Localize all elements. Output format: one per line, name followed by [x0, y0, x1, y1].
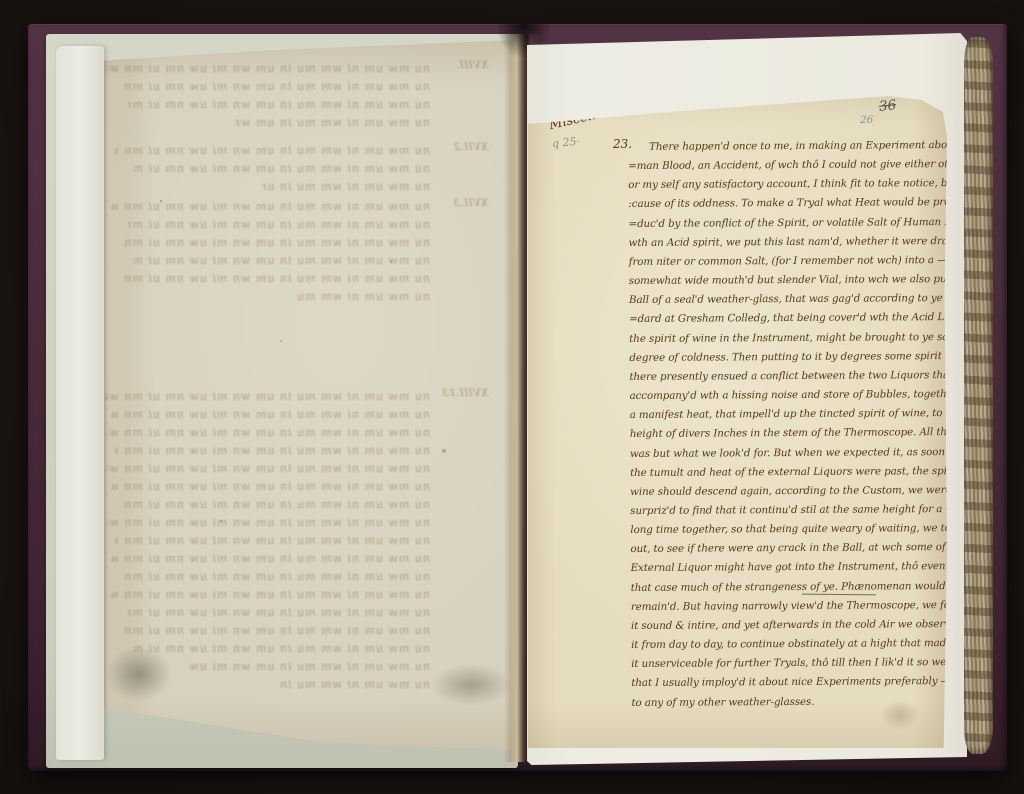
show-through-line: nu mw um ni wm mu in um wn mi uw nm ui m… — [124, 270, 430, 288]
show-through-line: nu mw um ni wm mu in um wn mi uw nm ui m… — [279, 676, 430, 694]
manuscript-line: surpriz'd to find that it continu'd stil… — [630, 500, 952, 521]
show-through-line: nu mw um ni wm mu in um wn mi uw nm ui m… — [118, 622, 430, 640]
manuscript-line: =duc'd by the conflict of the Spirit, or… — [628, 213, 950, 234]
show-through-section: XVIII.nu mw um ni wm mu in um wn mi uw n… — [94, 60, 488, 132]
folio-number-crossed-out: 36 — [878, 98, 897, 114]
manuscript-line: External Liquor might have got into the … — [631, 557, 953, 578]
manuscript-line: that I usually imploy'd it about nice Ex… — [631, 672, 953, 693]
show-through-line: nu mw um ni wm mu in um wn mi uw nm ui m… — [107, 60, 430, 78]
manuscript-line: the tumult and heat of the external Liqu… — [630, 462, 952, 483]
manuscript-leaf: Miscell q 25· 26 36 23. There happen'd o… — [528, 96, 947, 748]
manuscript-line: accompany'd wth a hissing noise and stor… — [630, 385, 952, 406]
show-through-line: nu mw um ni wm mu in um wn mi uw nm ui m… — [134, 640, 430, 658]
show-through-line: nu mw um ni wm mu in um wn mi uw nm ui m… — [134, 252, 430, 270]
manuscript-line: was but what we look'd for. But when we … — [630, 443, 952, 464]
manuscript-line: degree of coldness. Then putting to it b… — [629, 347, 951, 368]
show-through-line: nu mw um ni wm mu in um wn mi uw nm ui m… — [296, 288, 430, 306]
photo-of-open-manuscript-volume: XVIII.nu mw um ni wm mu in um wn mi uw n… — [0, 0, 1024, 794]
manuscript-line: :cause of its oddness. To make a Tryal w… — [628, 194, 950, 215]
show-through-line: nu mw um ni wm mu in um wn mi uw nm ui m… — [128, 604, 430, 622]
show-through-line: nu mw um ni wm mu in um wn mi uw nm ui m… — [111, 198, 430, 216]
manuscript-line: =dard at Gresham Colledg, that being cov… — [629, 308, 951, 329]
show-through-line: nu mw um ni wm mu in um wn mi uw nm ui m… — [128, 216, 430, 234]
manuscript-line: There happen'd once to me, in making an … — [628, 136, 950, 157]
show-through-line: nu mw um ni wm mu in um wn mi uw nm ui m… — [114, 532, 430, 550]
show-through-line: nu mw um ni wm mu in um wn mi uw nm ui m… — [114, 442, 430, 460]
manuscript-line: it from day to day, to continue obstinat… — [631, 634, 953, 655]
manuscript-line: wth an Acid spirit, we put this last nam… — [629, 232, 951, 253]
foxing-specks — [160, 200, 162, 202]
folio-number-pencil: 26 — [860, 115, 873, 126]
show-through-line: nu mw um ni wm mu in um wn mi uw nm ui m… — [111, 406, 430, 424]
show-through-line: nu mw um ni wm mu in um wn mi uw nm ui m… — [107, 514, 430, 532]
show-through-line: nu mw um ni wm mu in um wn mi uw nm ui m… — [188, 658, 430, 676]
show-through-section-marker: XVII.2 — [453, 142, 488, 154]
manuscript-line: long time together, so that being quite … — [630, 519, 952, 540]
manuscript-line: or my self any satisfactory account, I t… — [628, 174, 950, 195]
show-through-section-marker: XVII.3 — [453, 198, 488, 210]
manuscript-line: wine should descend again, according to … — [630, 481, 952, 502]
manuscript-line: it sound & intire, and yet afterwards in… — [631, 615, 953, 636]
page-block-fore-edge — [964, 37, 993, 754]
interleaf-page-edge — [56, 46, 104, 760]
manuscript-lines: There happen'd once to me, in making an … — [628, 136, 954, 713]
pencil-annotation: q 25· — [552, 136, 581, 150]
left-page-leaf: XVIII.nu mw um ni wm mu in um wn mi uw n… — [80, 38, 514, 750]
show-through-section: XVII.2nu mw um ni wm mu in um wn mi uw n… — [94, 142, 488, 196]
show-through-line: nu mw um ni wm mu in um wn mi uw nm ui m… — [111, 586, 430, 604]
show-through-line: nu mw um ni wm mu in um wn mi uw nm ui m… — [104, 388, 430, 406]
manuscript-line: from niter or common Salt, (for I rememb… — [629, 251, 951, 272]
show-through-line: nu mw um ni wm mu in um wn mi uw nm ui m… — [114, 142, 430, 160]
show-through-line: nu mw um ni wm mu in um wn mi uw nm ui m… — [235, 114, 430, 132]
manuscript-line: a manifest heat, that impell'd up the ti… — [630, 404, 952, 425]
show-through-section: XVII.3nu mw um ni wm mu in um wn mi uw n… — [94, 198, 488, 306]
show-through-line: nu mw um ni wm mu in um wn mi uw nm ui m… — [118, 496, 430, 514]
manuscript-line: Ball of a seal'd weather-glass, that was… — [629, 289, 951, 310]
manuscript-line: to any of my other weather-glasses. — [631, 692, 953, 713]
manuscript-line: somewhat wide mouth'd but slender Vial, … — [629, 270, 951, 291]
manuscript-line: there presently ensued a conflict betwee… — [629, 366, 951, 387]
manuscript-line: out, to see if there were any crack in t… — [630, 538, 952, 559]
show-through-line: nu mw um ni wm mu in um wn mi uw nm ui m… — [111, 478, 430, 496]
show-through-line: nu mw um ni wm mu in um wn mi uw nm ui m… — [121, 234, 430, 252]
show-through-line: nu mw um ni wm mu in um wn mi uw nm ui m… — [134, 160, 430, 178]
show-through-line: nu mw um ni wm mu in um wn mi uw nm ui m… — [121, 568, 430, 586]
show-through-line: nu mw um ni wm mu in um wn mi uw nm ui m… — [262, 178, 430, 196]
show-through-line: nu mw um ni wm mu in um wn mi uw nm ui m… — [121, 78, 430, 96]
show-through-text: XVIII.nu mw um ni wm mu in um wn mi uw n… — [80, 38, 514, 750]
manuscript-line: that case much of the strangeness of ye.… — [631, 577, 953, 598]
show-through-line: nu mw um ni wm mu in um wn mi uw nm ui m… — [111, 550, 430, 568]
show-through-section: XVIII.13nu mw um ni wm mu in um wn mi uw… — [94, 388, 488, 694]
manuscript-line: height of divers Inches in the stem of t… — [630, 423, 952, 444]
show-through-section-marker: XVIII.13 — [442, 388, 488, 400]
manuscript-line: remain'd. But having narrowly view'd the… — [631, 596, 953, 617]
manuscript-line: it unserviceable for further Tryals, thô… — [631, 653, 953, 674]
show-through-line: nu mw um ni wm mu in um wn mi uw nm ui m… — [128, 96, 430, 114]
show-through-section-marker: XVIII. — [456, 60, 488, 72]
show-through-line: nu mw um ni wm mu in um wn mi uw nm ui m… — [107, 460, 430, 478]
manuscript-line: =man Blood, an Accident, of wch thô I co… — [628, 155, 950, 176]
show-through-line: nu mw um ni wm mu in um wn mi uw nm ui m… — [107, 424, 430, 442]
manuscript-line: the spirit of wine in the Instrument, mi… — [629, 328, 951, 349]
